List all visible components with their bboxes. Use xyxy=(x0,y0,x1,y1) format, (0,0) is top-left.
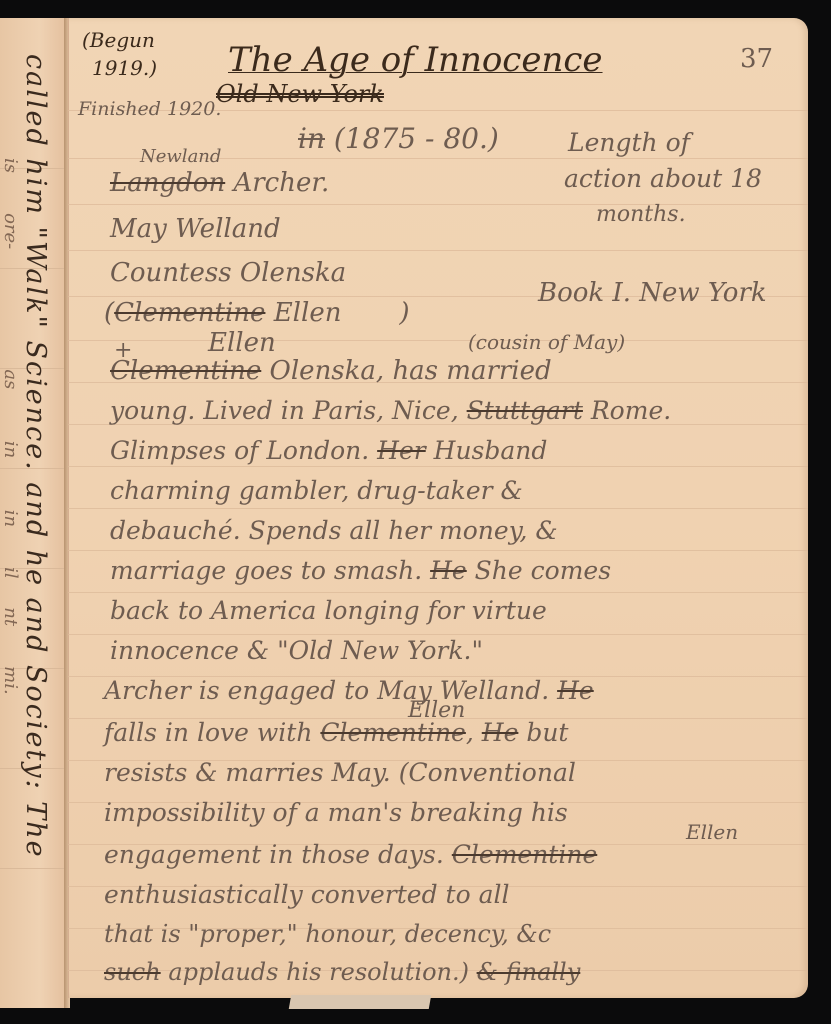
plot-line-5: debauché. Spends all her money, & xyxy=(110,516,558,545)
begun-note: (Begun xyxy=(82,28,155,52)
plot-line-10: falls in love with Clementine, He but xyxy=(104,718,568,747)
plot-line-4: charming gambler, drug-taker & xyxy=(110,476,523,505)
page-title: The Age of Innocence xyxy=(228,40,603,80)
plot-line-12: impossibility of a man's breaking his xyxy=(104,798,568,827)
ellen-insert-3: Ellen xyxy=(686,820,738,844)
facing-page: called him "Walk" Science. and he and So… xyxy=(0,18,67,1008)
plot-line-11: resists & marries May. (Conventional xyxy=(104,758,576,787)
cousin-note: (cousin of May) xyxy=(468,330,625,354)
plot-line-14: enthusiastically converted to all xyxy=(104,880,509,909)
book-heading: Book I. New York xyxy=(538,278,767,308)
manuscript-page: (Begun 1919.) Finished 1920. The Age of … xyxy=(68,18,808,998)
period-note: in (1875 - 80.) xyxy=(298,122,499,155)
plot-line-1: Clementine Olenska, has married xyxy=(110,356,552,386)
character-countess-name: (Clementine Ellen ) xyxy=(104,298,409,328)
facing-page-vertical-text: called him "Walk" Science. and he and So… xyxy=(20,54,51,859)
character-may: May Welland xyxy=(110,214,281,244)
ruled-line xyxy=(0,868,66,869)
plot-line-8: innocence & "Old New York." xyxy=(110,636,483,665)
length-note-1: Length of xyxy=(568,128,690,157)
facing-page-fragment-text: is ore- as in in il nt mi. xyxy=(0,158,21,695)
page-edge xyxy=(289,995,431,1009)
ellen-insert: Ellen xyxy=(208,328,276,358)
plot-line-9: Archer is engaged to May Welland. He xyxy=(104,676,594,705)
plot-line-7: back to America longing for virtue xyxy=(110,596,547,625)
begun-year: 1919.) xyxy=(92,56,157,80)
page-number: 37 xyxy=(740,44,773,74)
plot-line-16: such applauds his resolution.) & finally xyxy=(104,958,580,986)
character-archer: Langdon Archer. xyxy=(110,168,329,198)
plot-line-13: engagement in those days. Clementine xyxy=(104,840,597,869)
plot-line-15: that is "proper," honour, decency, &c xyxy=(104,920,551,948)
plot-line-3: Glimpses of London. Her Husband xyxy=(110,436,547,465)
finished-note: Finished 1920. xyxy=(78,98,221,120)
length-note-2: action about 18 xyxy=(564,164,762,193)
length-note-3: months. xyxy=(596,202,686,227)
struck-working-title: Old New York xyxy=(216,80,384,108)
plot-line-2: young. Lived in Paris, Nice, Stuttgart R… xyxy=(110,396,671,425)
archer-insert: Newland xyxy=(140,146,221,167)
plot-line-6: marriage goes to smash. He She comes xyxy=(110,556,611,585)
character-countess: Countess Olenska xyxy=(110,258,346,288)
